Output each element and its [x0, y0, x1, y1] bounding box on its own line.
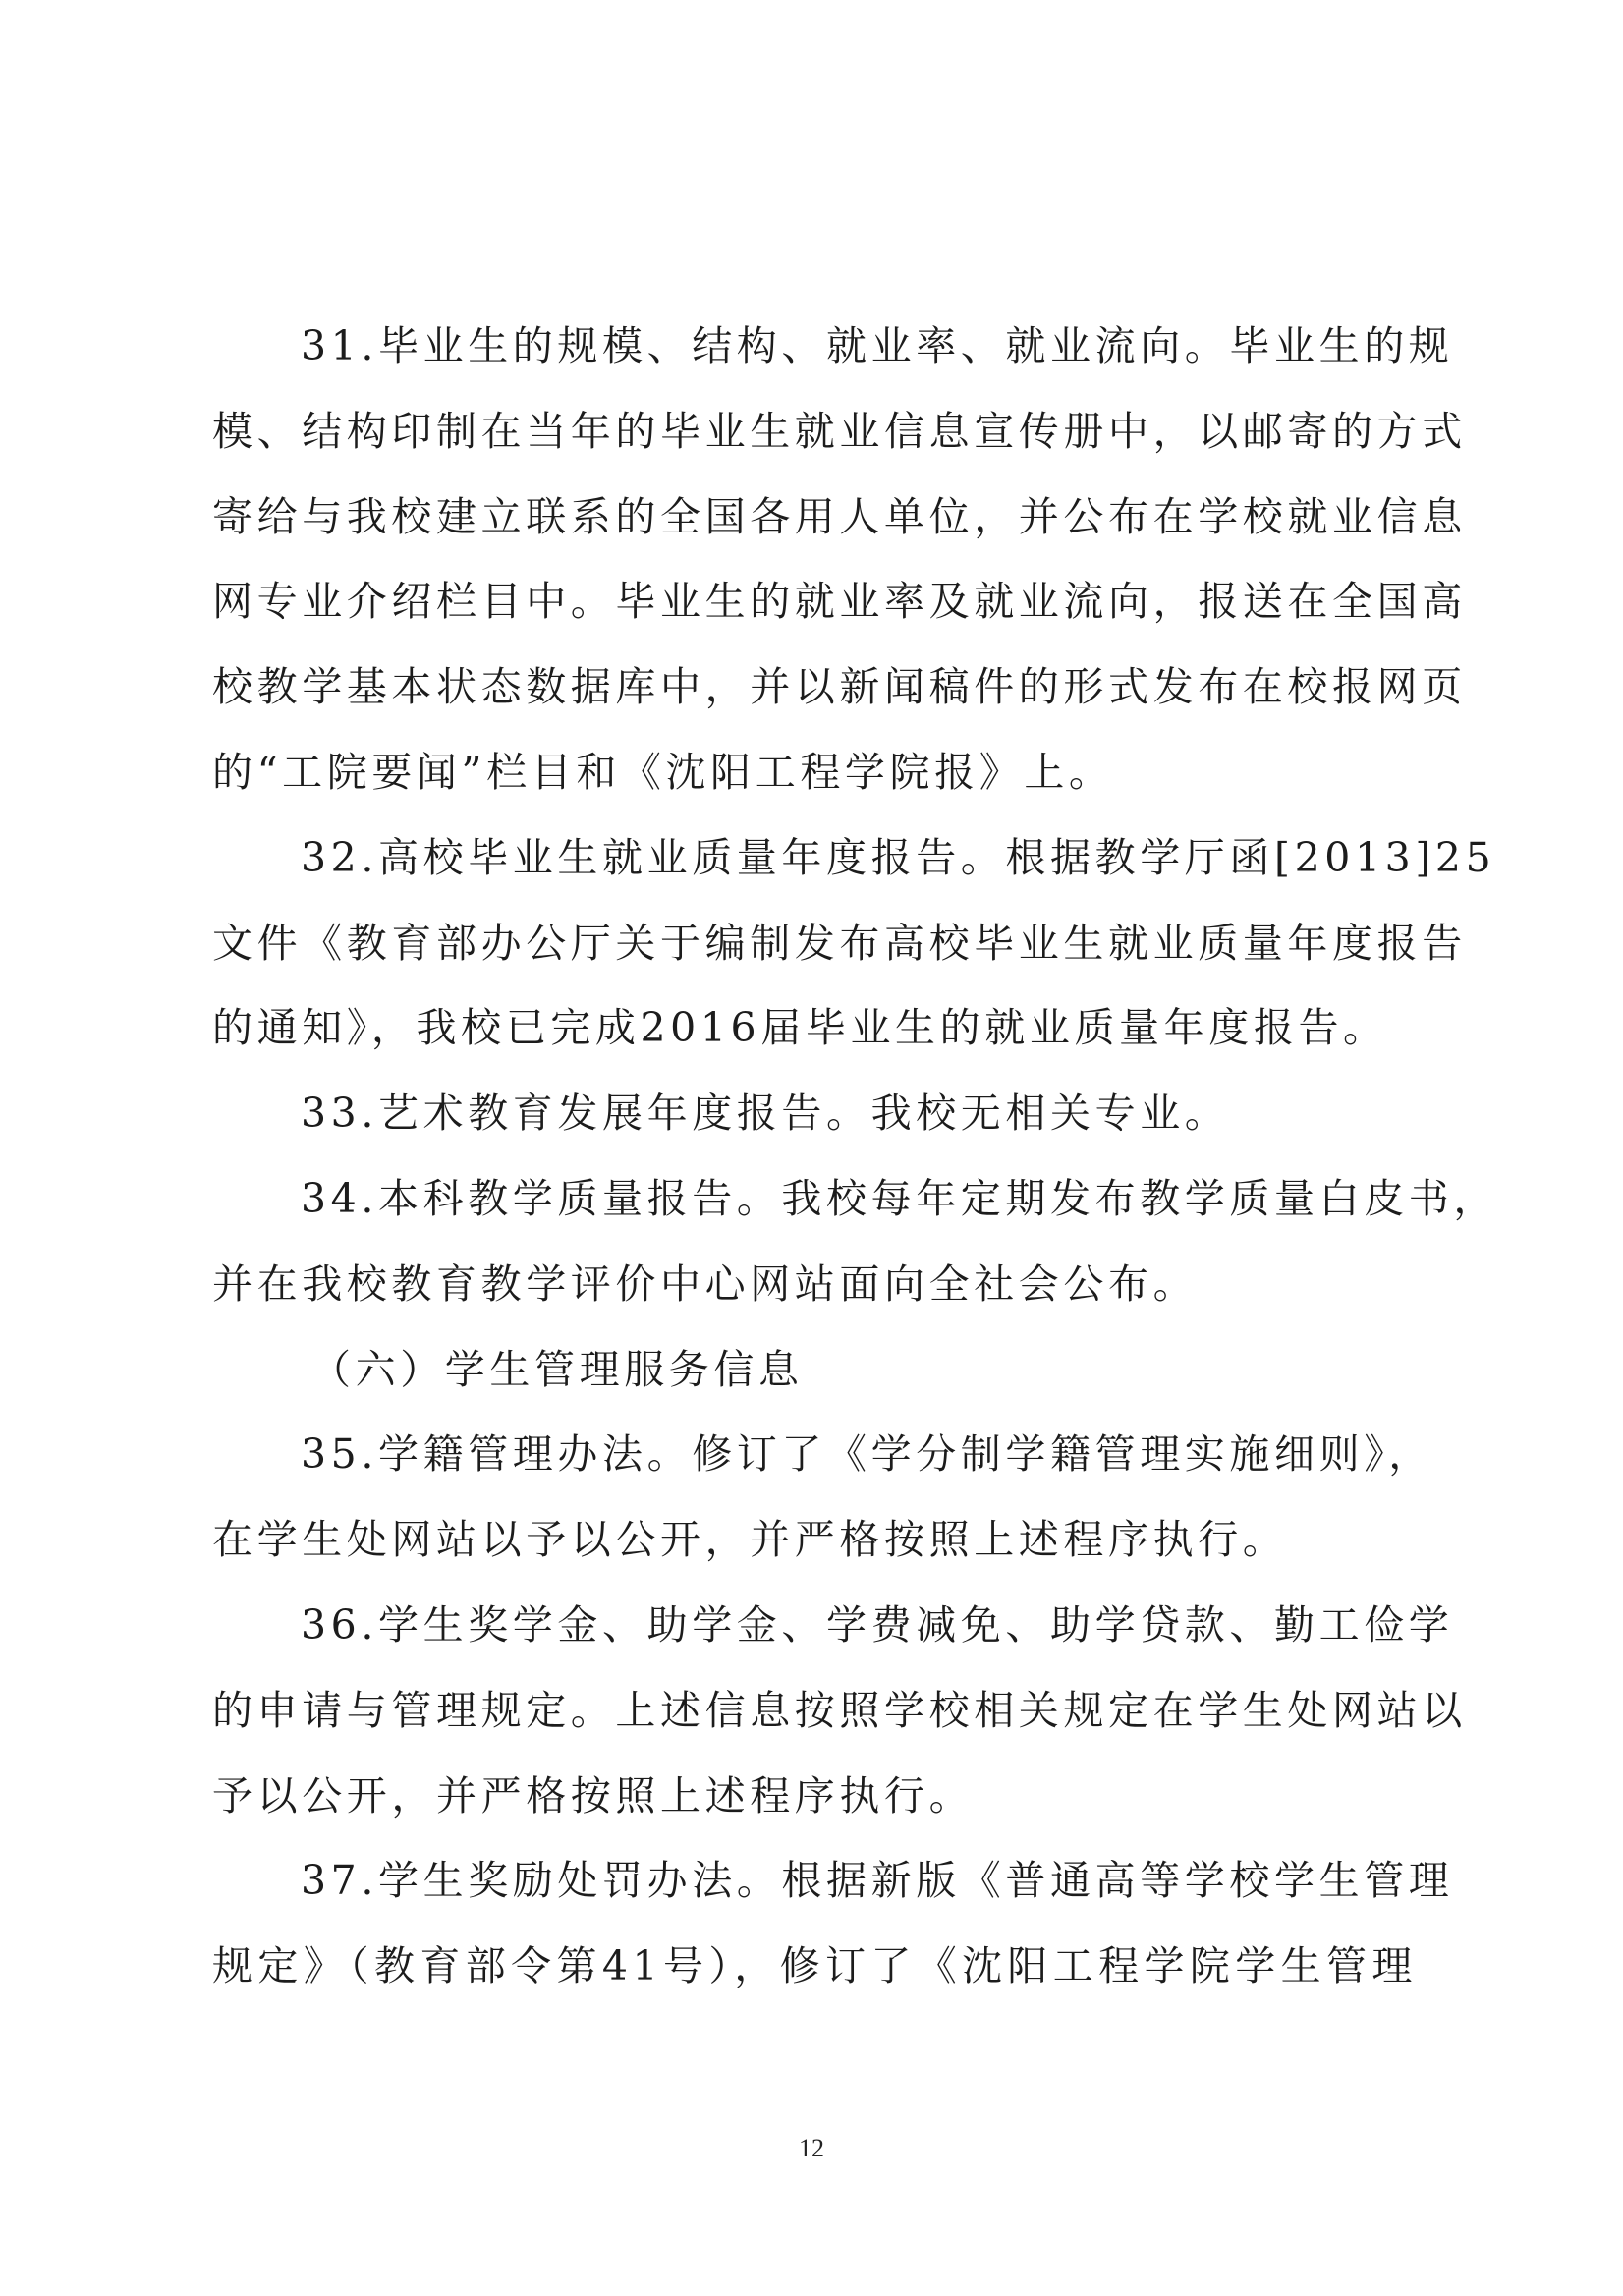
paragraph-37-line-2: 规定》（教育部令第41号），修订了《沈阳工程学院学生管理 [212, 1936, 1417, 2022]
document-page: 31.毕业生的规模、结构、就业率、就业流向。毕业生的规 模、结构印制在当年的毕业… [0, 0, 1623, 2296]
paragraph-36-line-2: 的申请与管理规定。上述信息按照学校相关规定在学生处网站以 [212, 1681, 1417, 1766]
paragraph-31-line-4: 网专业介绍栏目中。毕业生的就业率及就业流向，报送在全国高 [212, 572, 1417, 657]
paragraph-33-line-1: 33.艺术教育发展年度报告。我校无相关专业。 [212, 1084, 1417, 1169]
paragraph-31-line-1: 31.毕业生的规模、结构、就业率、就业流向。毕业生的规 [212, 316, 1417, 402]
paragraph-35-line-2: 在学生处网站以予以公开，并严格按照上述程序执行。 [212, 1510, 1417, 1596]
paragraph-32-line-2: 文件《教育部办公厅关于编制发布高校毕业生就业质量年度报告 [212, 914, 1417, 999]
paragraph-32-line-1: 32.高校毕业生就业质量年度报告。根据教学厅函[2013]25 [212, 828, 1417, 914]
paragraph-37-line-1: 37.学生奖励处罚办法。根据新版《普通高等学校学生管理 [212, 1851, 1417, 1936]
paragraph-34-line-2: 并在我校教育教学评价中心网站面向全社会公布。 [212, 1255, 1417, 1340]
paragraph-32-line-3: 的通知》，我校已完成2016届毕业生的就业质量年度报告。 [212, 998, 1417, 1084]
document-body: 31.毕业生的规模、结构、就业率、就业流向。毕业生的规 模、结构印制在当年的毕业… [212, 316, 1417, 2022]
paragraph-31-line-2: 模、结构印制在当年的毕业生就业信息宣传册中，以邮寄的方式 [212, 402, 1417, 487]
paragraph-36-line-3: 予以公开，并严格按照上述程序执行。 [212, 1766, 1417, 1852]
paragraph-31-line-3: 寄给与我校建立联系的全国各用人单位，并公布在学校就业信息 [212, 487, 1417, 573]
section-heading-student-management: （六）学生管理服务信息 [212, 1340, 1417, 1426]
paragraph-34-line-1: 34.本科教学质量报告。我校每年定期发布教学质量白皮书， [212, 1169, 1417, 1255]
page-number: 12 [0, 2134, 1623, 2163]
paragraph-31-line-5: 校教学基本状态数据库中，并以新闻稿件的形式发布在校报网页 [212, 657, 1417, 743]
paragraph-35-line-1: 35.学籍管理办法。修订了《学分制学籍管理实施细则》， [212, 1425, 1417, 1510]
paragraph-31-line-6: 的“工院要闻”栏目和《沈阳工程学院报》上。 [212, 743, 1417, 828]
paragraph-36-line-1: 36.学生奖学金、助学金、学费减免、助学贷款、勤工俭学 [212, 1596, 1417, 1681]
